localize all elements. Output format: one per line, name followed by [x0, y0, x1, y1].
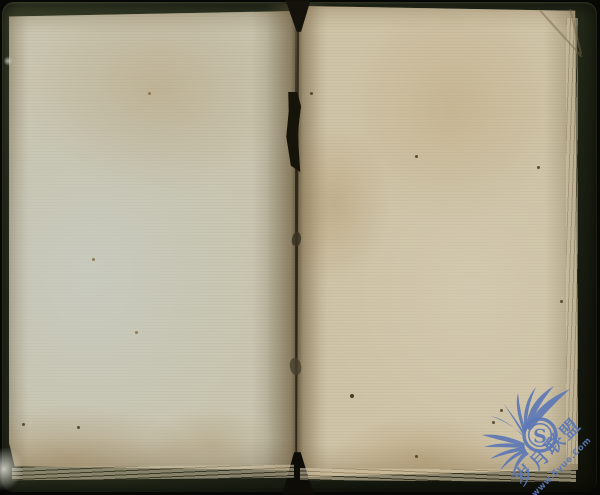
paper-speck	[148, 92, 151, 95]
paper-speck	[92, 258, 95, 261]
paper-speck	[560, 300, 563, 303]
watermark: S 岁月联盟 www.Syue.Com	[478, 383, 600, 495]
paper-speck	[135, 331, 138, 334]
paper-speck	[310, 92, 313, 95]
book-photo: S 岁月联盟 www.Syue.Com	[0, 0, 600, 495]
worn-cover-spot	[4, 56, 12, 66]
paper-speck	[537, 166, 540, 169]
paper-speck	[415, 155, 418, 158]
paper-speck	[77, 426, 80, 429]
paper-speck	[350, 394, 354, 398]
paper-speck	[415, 455, 418, 458]
left-page	[9, 11, 297, 470]
paper-speck	[22, 423, 25, 426]
